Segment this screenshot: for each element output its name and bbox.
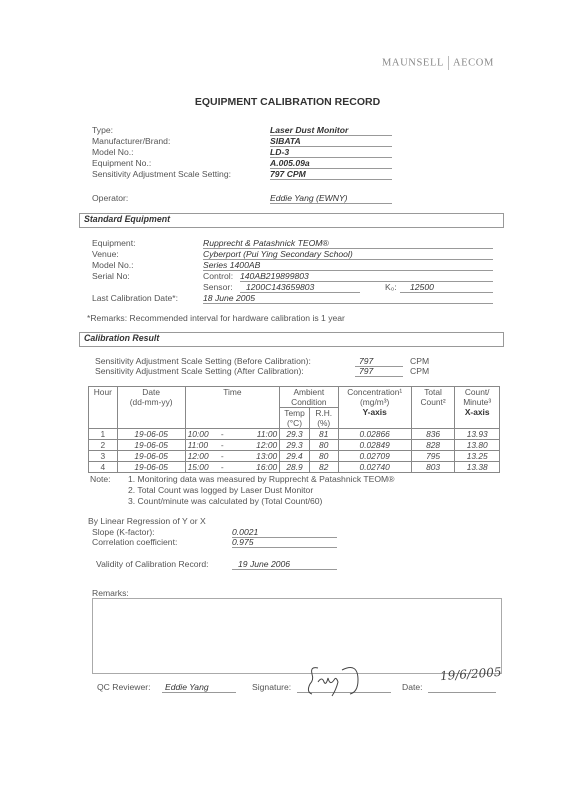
company-logo: MAUNSELLAECOM	[382, 56, 494, 70]
hour-cell: 3	[89, 451, 118, 462]
manufacturer-value: SIBATA	[270, 136, 392, 147]
count-minute-cell: 13.80	[455, 440, 500, 451]
time-dash-cell: -	[214, 462, 231, 473]
last-cal-label: Last Calibration Date*:	[92, 293, 178, 303]
handwritten-signature-icon	[300, 660, 380, 700]
date-cell: 19-06-05	[117, 429, 185, 440]
total-count-cell: 795	[411, 451, 455, 462]
start-time-cell: 15:00	[185, 462, 214, 473]
total-count-cell: 828	[411, 440, 455, 451]
remarks-box	[92, 598, 502, 674]
start-time-cell: 10:00	[185, 429, 214, 440]
date-label: Date:	[402, 682, 423, 692]
concentration-cell: 0.02709	[338, 451, 411, 462]
count-minute-cell: 13.25	[455, 451, 500, 462]
date-line	[428, 692, 496, 693]
end-time-cell: 12:00	[231, 440, 280, 451]
venue-value: Cyberport (Pui Ying Secondary School)	[203, 249, 493, 260]
rh-cell: 80	[309, 440, 338, 451]
table-row: 119-06-0510:00-11:0029.3810.0286683613.9…	[89, 429, 500, 440]
sensitivity-label: Sensitivity Adjustment Scale Setting:	[92, 169, 231, 179]
operator-label: Operator:	[92, 193, 128, 203]
operator-value: Eddie Yang (EWNY)	[270, 193, 392, 204]
end-time-cell: 11:00	[231, 429, 280, 440]
start-time-cell: 12:00	[185, 451, 214, 462]
std-model-value: Series 1400AB	[203, 260, 493, 271]
std-equipment-value: Rupprecht & Patashnick TEOM®	[203, 238, 493, 249]
temp-cell: 29.3	[280, 440, 310, 451]
calibration-table: Hour Date(dd-mm-yy) Time AmbientConditio…	[88, 386, 500, 473]
logo-divider	[448, 56, 449, 70]
model-label: Model No.:	[92, 147, 134, 157]
col-date: Date(dd-mm-yy)	[117, 387, 185, 429]
k0-value: 12500	[400, 282, 493, 293]
table-row: 419-06-0515:00-16:0028.9820.0274080313.3…	[89, 462, 500, 473]
manufacturer-label: Manufacturer/Brand:	[92, 136, 170, 146]
qc-reviewer-value: Eddie Yang	[162, 682, 236, 693]
col-ambient: AmbientCondition	[280, 387, 338, 408]
table-row: 219-06-0511:00-12:0029.3800.0284982813.8…	[89, 440, 500, 451]
type-label: Type:	[92, 125, 113, 135]
sensitivity-value: 797 CPM	[270, 169, 392, 180]
venue-label: Venue:	[92, 249, 119, 259]
total-count-cell: 836	[411, 429, 455, 440]
concentration-cell: 0.02866	[338, 429, 411, 440]
col-temp: Temp(°C)	[280, 408, 310, 429]
count-minute-cell: 13.38	[455, 462, 500, 473]
col-concentration: Concentration¹(mg/m³)Y-axis	[338, 387, 411, 429]
standard-equipment-header: Standard Equipment	[79, 213, 504, 228]
end-time-cell: 16:00	[231, 462, 280, 473]
control-value: 140AB219899803	[240, 271, 493, 282]
handwritten-date: 19/6/2005	[440, 665, 502, 683]
hour-cell: 1	[89, 429, 118, 440]
calibration-result-title: Calibration Result	[84, 333, 159, 343]
regression-title: By Linear Regression of Y or X	[88, 516, 206, 526]
validity-label: Validity of Calibration Record:	[96, 559, 209, 569]
after-cal-value: 797	[355, 366, 403, 377]
correlation-label: Correlation coefficient:	[92, 537, 177, 547]
hour-cell: 4	[89, 462, 118, 473]
page-title: EQUIPMENT CALIBRATION RECORD	[0, 96, 575, 108]
col-count-minute: Count/Minute³X-axis	[455, 387, 500, 429]
time-dash-cell: -	[214, 429, 231, 440]
col-hour: Hour	[89, 387, 118, 429]
count-minute-cell: 13.93	[455, 429, 500, 440]
sensor-label: Sensor:	[203, 282, 233, 292]
hardware-remark: *Remarks: Recommended interval for hardw…	[87, 313, 345, 323]
k0-label: K₀:	[385, 282, 397, 292]
table-row: 319-06-0512:00-13:0029.4800.0270979513.2…	[89, 451, 500, 462]
temp-cell: 29.4	[280, 451, 310, 462]
serial-label: Serial No:	[92, 271, 130, 281]
start-time-cell: 11:00	[185, 440, 214, 451]
time-dash-cell: -	[214, 451, 231, 462]
logo-maunsell: MAUNSELL	[382, 57, 444, 68]
model-value: LD-3	[270, 147, 392, 158]
hour-cell: 2	[89, 440, 118, 451]
correlation-value: 0.975	[232, 537, 337, 548]
col-time: Time	[185, 387, 280, 429]
after-cal-unit: CPM	[410, 366, 429, 376]
rh-cell: 80	[309, 451, 338, 462]
equipment-no-value: A.005.09a	[270, 158, 392, 169]
note-label: Note:	[90, 474, 111, 484]
total-count-cell: 803	[411, 462, 455, 473]
date-cell: 19-06-05	[117, 462, 185, 473]
concentration-cell: 0.02740	[338, 462, 411, 473]
remarks-label: Remarks:	[92, 588, 129, 598]
concentration-cell: 0.02849	[338, 440, 411, 451]
slope-label: Slope (K-factor):	[92, 527, 155, 537]
signature-label: Signature:	[252, 682, 291, 692]
equipment-no-label: Equipment No.:	[92, 158, 151, 168]
rh-cell: 81	[309, 429, 338, 440]
after-cal-label: Sensitivity Adjustment Scale Setting (Af…	[95, 366, 304, 376]
validity-value: 19 June 2006	[232, 559, 337, 570]
last-cal-value: 18 June 2005	[203, 293, 493, 304]
end-time-cell: 13:00	[231, 451, 280, 462]
temp-cell: 29.3	[280, 429, 310, 440]
sensor-value: 1200C143659803	[240, 282, 360, 293]
time-dash-cell: -	[214, 440, 231, 451]
note-1: 1. Monitoring data was measured by Ruppr…	[128, 474, 395, 484]
control-label: Control:	[203, 271, 233, 281]
note-3: 3. Count/minute was calculated by (Total…	[128, 496, 322, 506]
date-cell: 19-06-05	[117, 440, 185, 451]
qc-reviewer-label: QC Reviewer:	[97, 682, 150, 692]
before-cal-label: Sensitivity Adjustment Scale Setting (Be…	[95, 356, 311, 366]
logo-aecom: AECOM	[453, 57, 494, 68]
temp-cell: 28.9	[280, 462, 310, 473]
date-cell: 19-06-05	[117, 451, 185, 462]
std-model-label: Model No.:	[92, 260, 134, 270]
before-cal-unit: CPM	[410, 356, 429, 366]
type-value: Laser Dust Monitor	[270, 125, 392, 136]
col-total-count: TotalCount²	[411, 387, 455, 429]
standard-equipment-title: Standard Equipment	[84, 214, 170, 224]
std-equipment-label: Equipment:	[92, 238, 135, 248]
rh-cell: 82	[309, 462, 338, 473]
col-rh: R.H.(%)	[309, 408, 338, 429]
calibration-result-header: Calibration Result	[79, 332, 504, 347]
note-2: 2. Total Count was logged by Laser Dust …	[128, 485, 313, 495]
